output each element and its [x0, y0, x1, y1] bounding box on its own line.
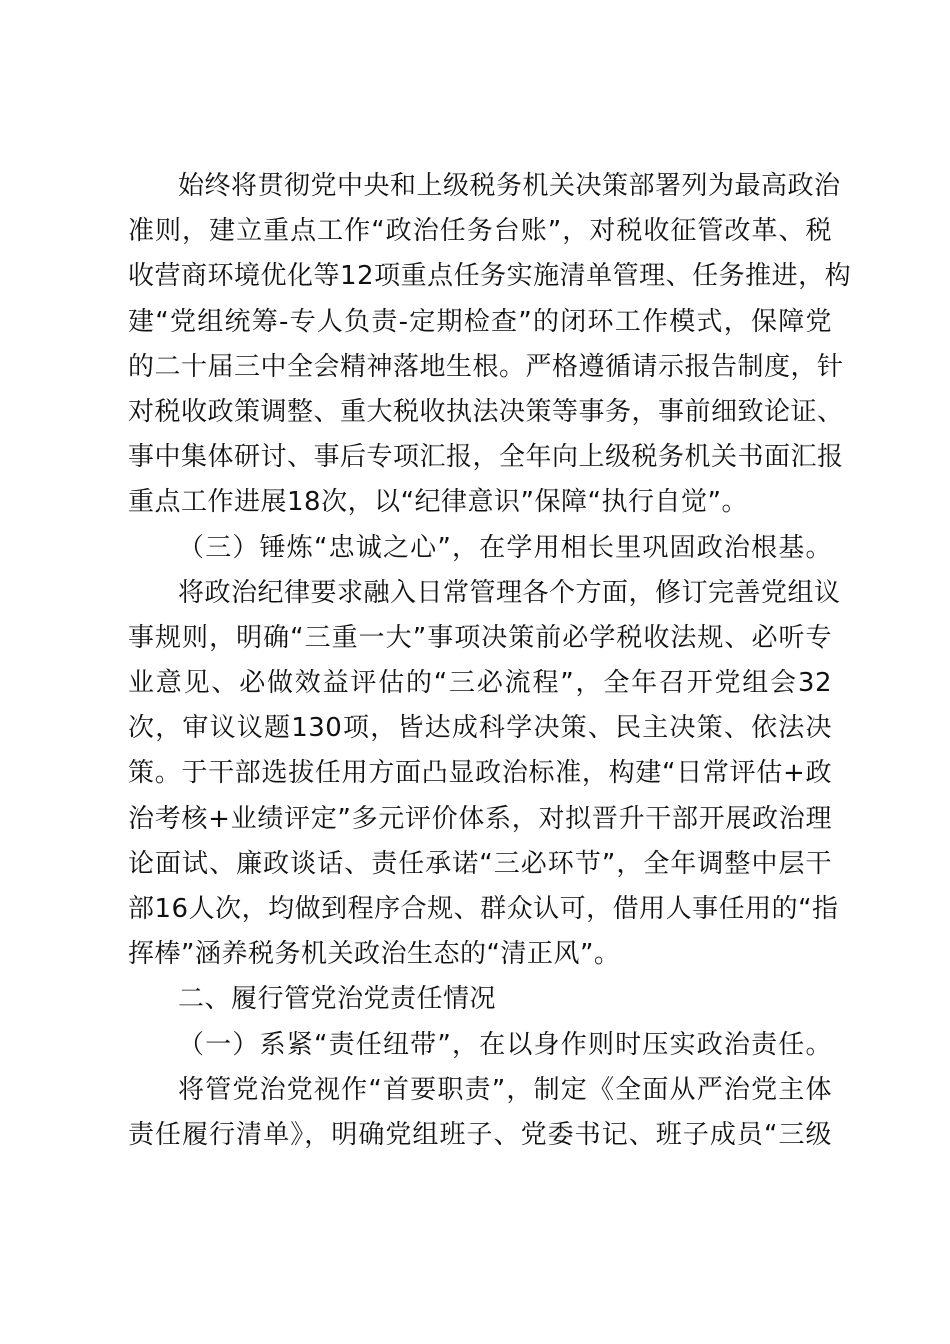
- paragraph-line: 对税收政策调整、重大税收执法决策等事务，事前细致论证、: [128, 390, 832, 435]
- paragraph-line: 事中集体研讨、事后专项汇报，全年向上级税务机关书面汇报: [128, 435, 832, 480]
- paragraph-line: 次，审议议题130项，皆达成科学决策、民主决策、依法决: [128, 706, 832, 751]
- paragraph-line: 的二十届三中全会精神落地生根。严格遵循请示报告制度，针: [128, 345, 832, 390]
- paragraph-line: 部16人次，均做到程序合规、群众认可，借用人事任用的“指: [128, 887, 832, 932]
- paragraph-line: 挥棒”涵养税务机关政治生态的“清正风”。: [128, 932, 832, 977]
- paragraph-line: 业意见、必做效益评估的“三必流程”，全年召开党组会32: [128, 661, 832, 706]
- section-heading: （一）系紧“责任纽带”，在以身作则时压实政治责任。: [128, 1023, 832, 1068]
- paragraph-line: 事规则，明确“三重一大”事项决策前必学税收法规、必听专: [128, 616, 832, 661]
- paragraph-line: 始终将贯彻党中央和上级税务机关决策部署列为最高政治: [128, 164, 832, 209]
- paragraph-line: 收营商环境优化等12项重点任务实施清单管理、任务推进，构: [128, 254, 832, 299]
- paragraph-line: 治考核+业绩评定”多元评价体系，对拟晋升干部开展政治理: [128, 797, 832, 842]
- paragraph-line: 论面试、廉政谈话、责任承诺“三必环节”，全年调整中层干: [128, 842, 832, 887]
- paragraph-line: 将政治纪律要求融入日常管理各个方面，修订完善党组议: [128, 571, 832, 616]
- paragraph-line: 建“党组统筹-专人负责-定期检查”的闭环工作模式，保障党: [128, 300, 832, 345]
- chapter-heading: 二、履行管党治党责任情况: [128, 977, 832, 1022]
- paragraph-line: 责任履行清单》，明确党组班子、党委书记、班子成员“三级: [128, 1113, 832, 1158]
- paragraph-line: 将管党治党视作“首要职责”，制定《全面从严治党主体: [128, 1068, 832, 1113]
- paragraph-line: 重点工作进展18次，以“纪律意识”保障“执行自觉”。: [128, 480, 832, 525]
- paragraph-line: 准则，建立重点工作“政治任务台账”，对税收征管改革、税: [128, 209, 832, 254]
- document-page: 始终将贯彻党中央和上级税务机关决策部署列为最高政治 准则，建立重点工作“政治任务…: [128, 164, 832, 1158]
- section-heading: （三）锤炼“忠诚之心”，在学用相长里巩固政治根基。: [128, 526, 832, 571]
- paragraph-line: 策。于干部选拔任用方面凸显政治标准，构建“日常评估+政: [128, 751, 832, 796]
